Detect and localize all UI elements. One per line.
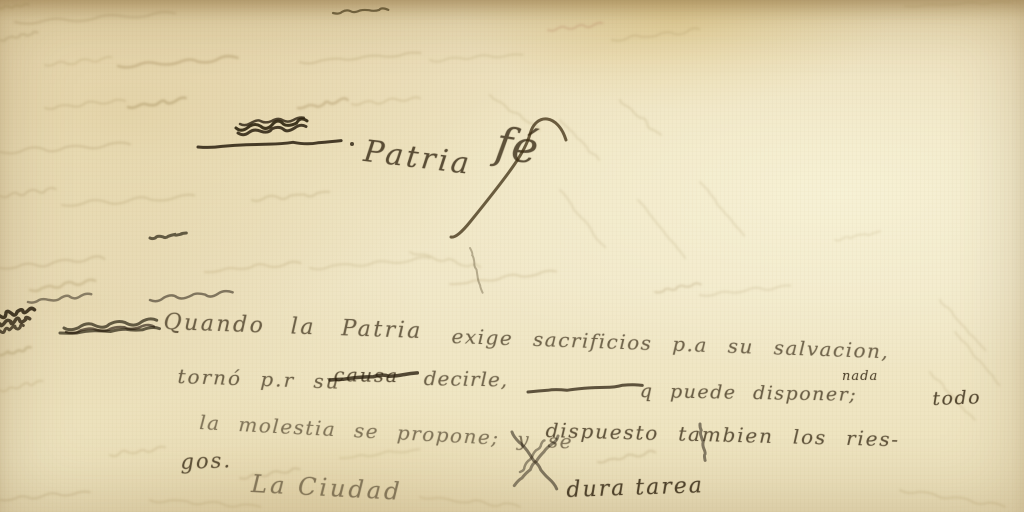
ink-stroke-layer <box>0 0 1024 512</box>
manuscript-scan: Patria fé Quando la Patria exige sacrifi… <box>0 0 1024 512</box>
